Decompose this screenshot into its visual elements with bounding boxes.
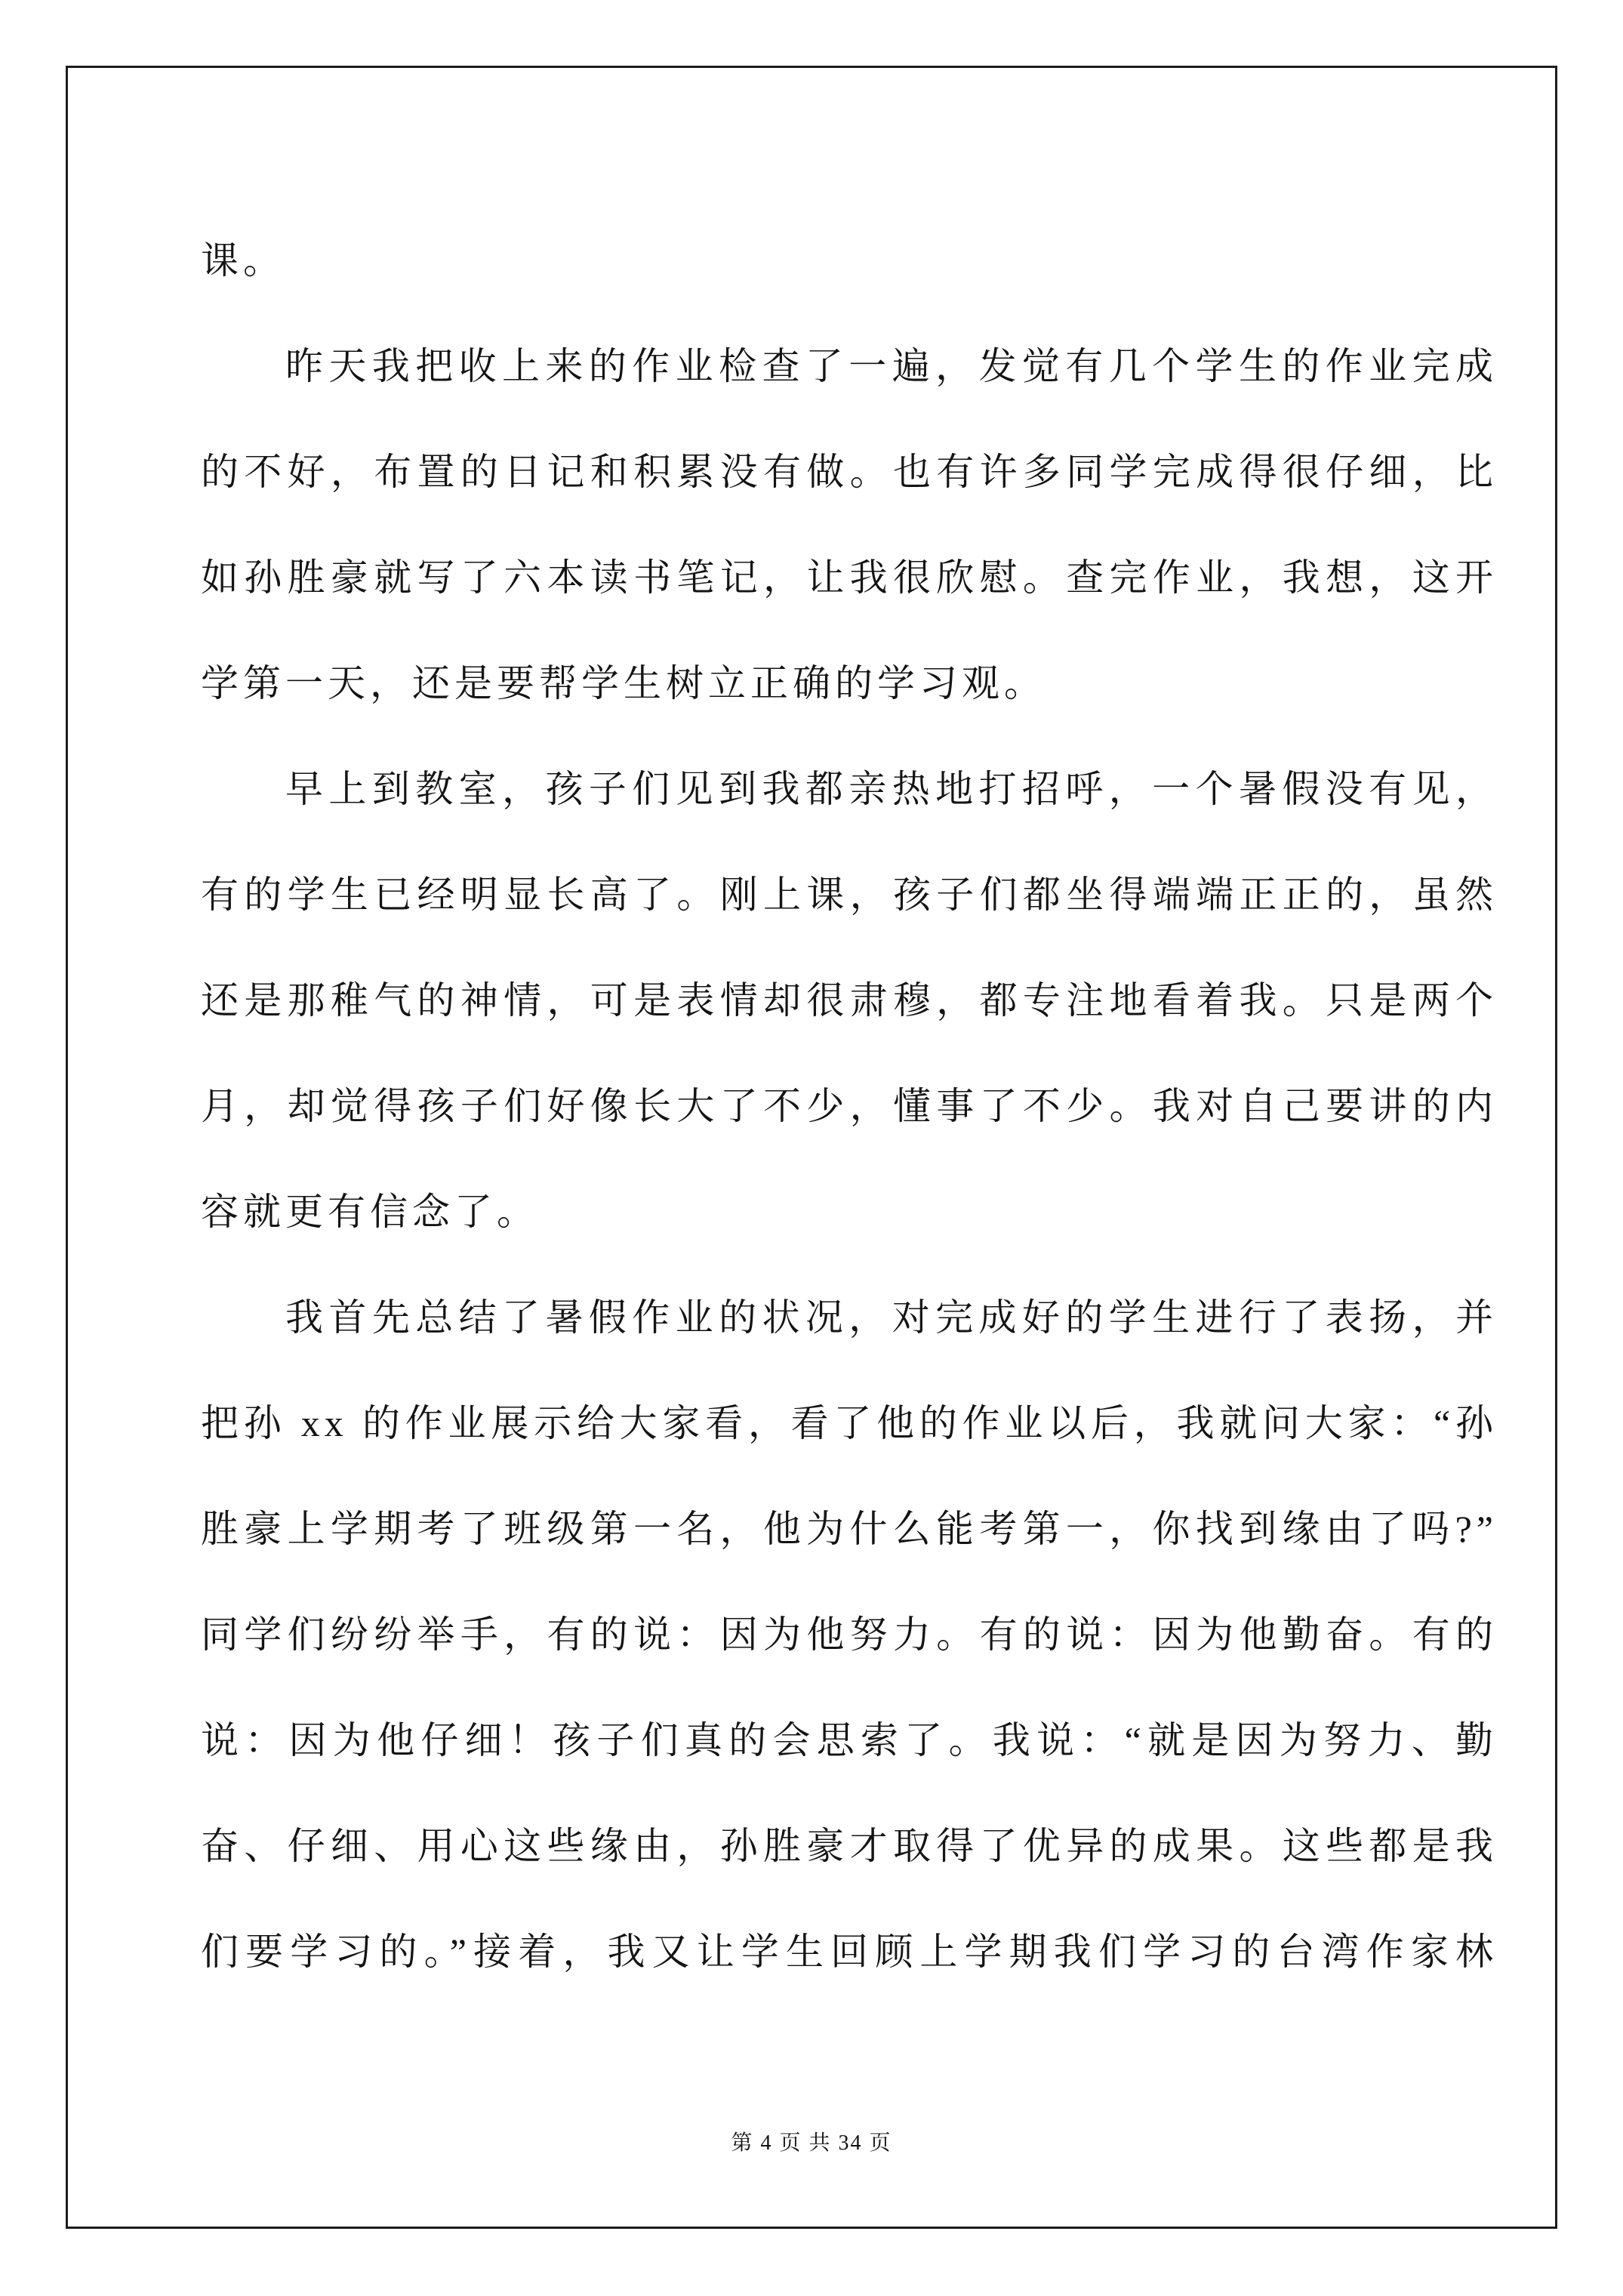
text-line: 有的学生已经明显长高了。刚上课，孩子们都坐得端端正正的，虽然 <box>201 842 1498 948</box>
text-line: 说：因为他仔细！孩子们真的会思索了。我说：“就是因为努力、勤 <box>201 1687 1498 1793</box>
page-footer: 第 4 页 共 34 页 <box>0 2123 1623 2164</box>
body-text: 课。 昨天我把收上来的作业检查了一遍，发觉有几个学生的作业完成 的不好，布置的日… <box>201 208 1498 2005</box>
document-page: 课。 昨天我把收上来的作业检查了一遍，发觉有几个学生的作业完成 的不好，布置的日… <box>0 0 1623 2296</box>
text-line: 还是那稚气的神情，可是表情却很肃穆，都专注地看着我。只是两个 <box>201 948 1498 1053</box>
text-line: 月，却觉得孩子们好像长大了不少，懂事了不少。我对自己要讲的内 <box>201 1053 1498 1159</box>
text-line: 课。 <box>201 208 1498 313</box>
text-line: 学第一天，还是要帮学生树立正确的学习观。 <box>201 630 1498 736</box>
text-line: 昨天我把收上来的作业检查了一遍，发觉有几个学生的作业完成 <box>201 313 1498 419</box>
text-line: 胜豪上学期考了班级第一名，他为什么能考第一，你找到缘由了吗?” <box>201 1476 1498 1582</box>
text-line: 们要学习的。”接着，我又让学生回顾上学期我们学习的台湾作家林 <box>201 1899 1498 2005</box>
text-line: 如孙胜豪就写了六本读书笔记，让我很欣慰。查完作业，我想，这开 <box>201 525 1498 630</box>
text-line: 容就更有信念了。 <box>201 1159 1498 1265</box>
text-line: 的不好，布置的日记和积累没有做。也有许多同学完成得很仔细，比 <box>201 419 1498 525</box>
text-line: 奋、仔细、用心这些缘由，孙胜豪才取得了优异的成果。这些都是我 <box>201 1793 1498 1899</box>
text-line: 早上到教室，孩子们见到我都亲热地打招呼，一个暑假没有见， <box>201 736 1498 842</box>
text-line: 我首先总结了暑假作业的状况，对完成好的学生进行了表扬，并 <box>201 1265 1498 1370</box>
text-line: 把孙 xx 的作业展示给大家看，看了他的作业以后，我就问大家：“孙 <box>201 1370 1498 1476</box>
text-line: 同学们纷纷举手，有的说：因为他努力。有的说：因为他勤奋。有的 <box>201 1582 1498 1687</box>
